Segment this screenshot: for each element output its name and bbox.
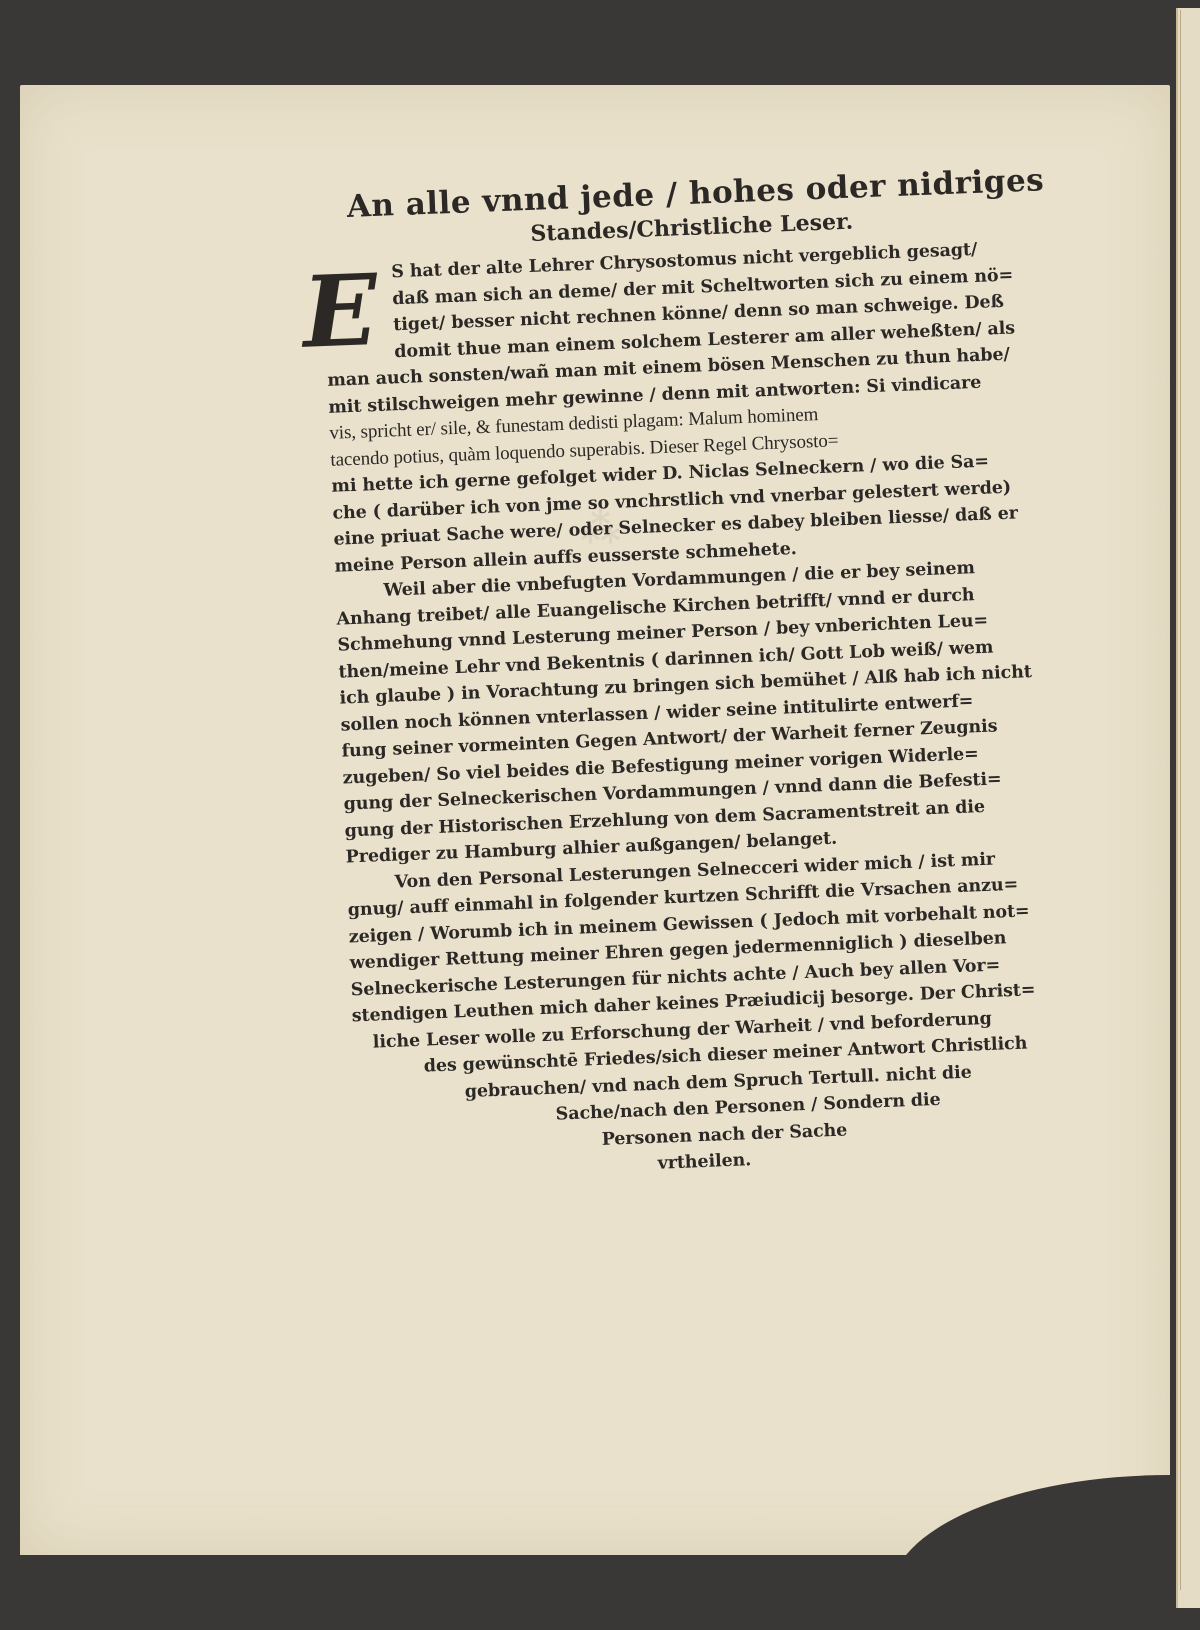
paragraph-1: E S hat der alte Lehrer Chrysostomus nic…	[323, 234, 1075, 580]
paragraph-3: Von den Personal Lesterungen Selnecceri …	[346, 843, 1098, 1189]
page-text: An alle vnnd jede / hohes oder nidriges …	[320, 160, 1098, 1189]
paragraph-2: Weil aber die vnbefugten Vordammungen / …	[335, 551, 1086, 871]
page-corner-curl	[890, 1475, 1170, 1595]
page-gutter-line	[1180, 10, 1181, 1590]
decorative-initial: E	[301, 262, 379, 363]
